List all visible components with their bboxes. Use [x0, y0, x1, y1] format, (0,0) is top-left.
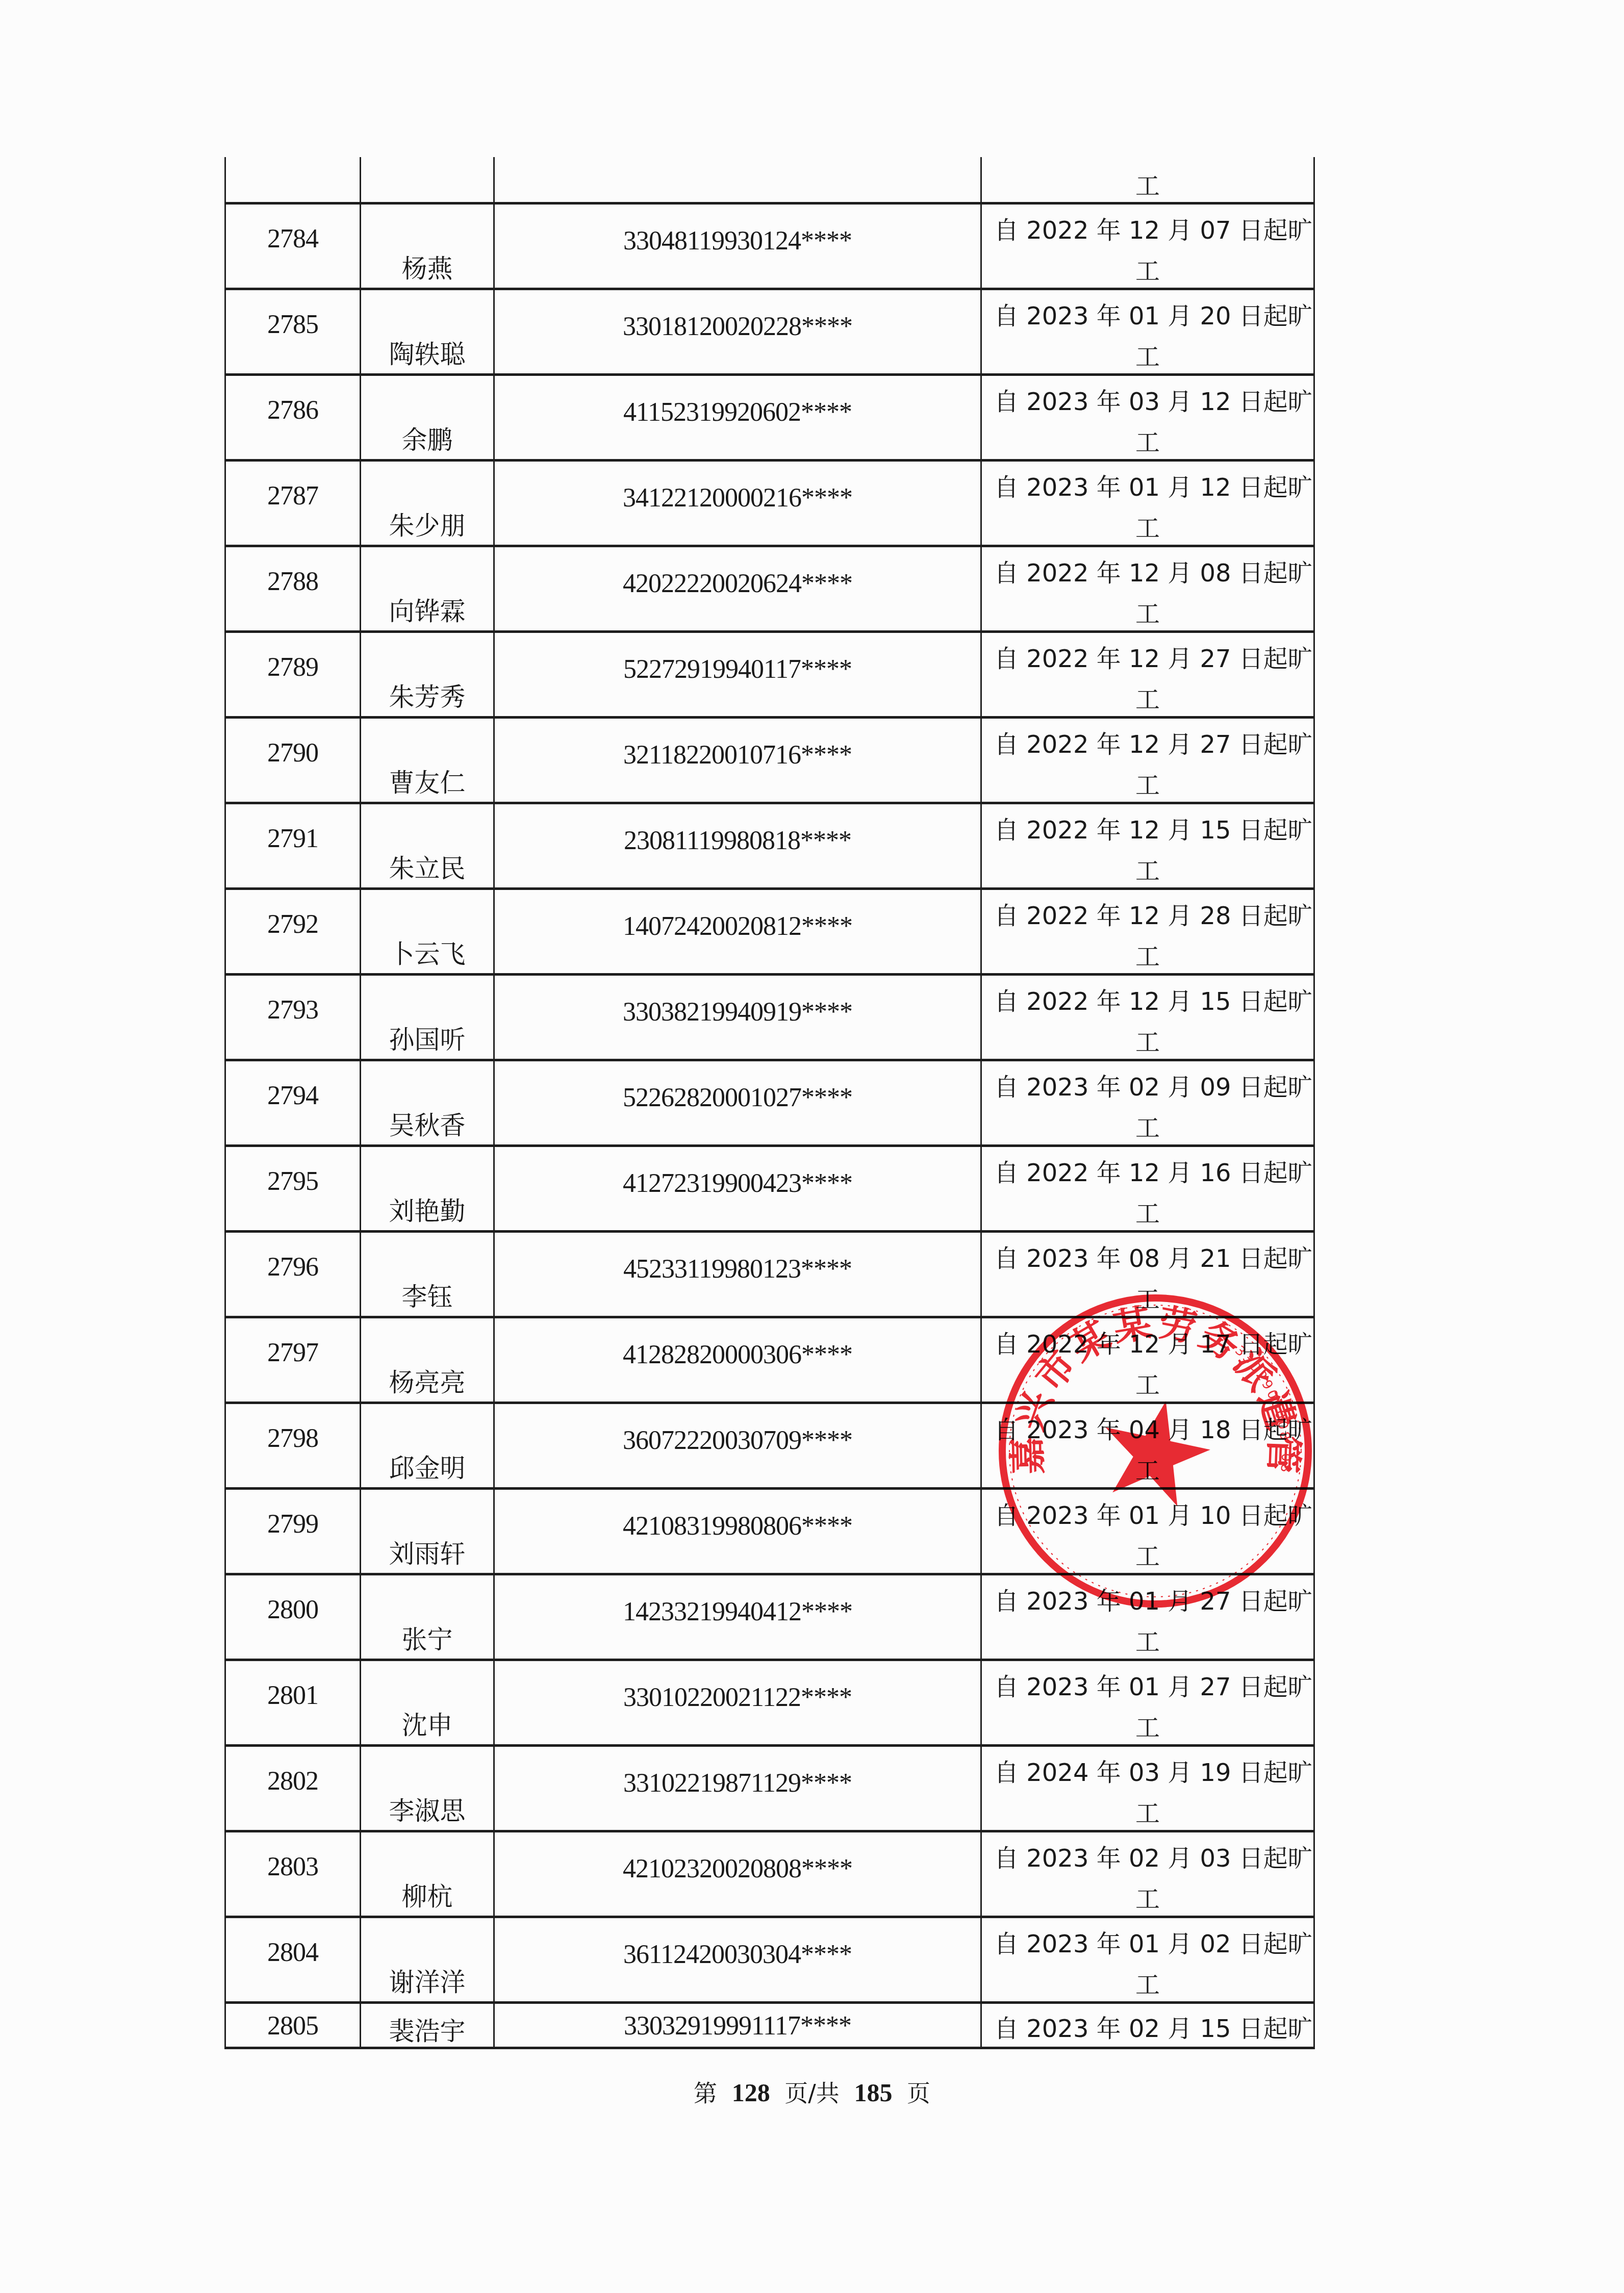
- cell-id: 41272319900423****: [494, 1146, 981, 1232]
- row-number: 2803: [226, 1852, 360, 1882]
- table-row: 2805裴浩宇33032919991117****自 2023 年 02 月 1…: [225, 2003, 1314, 2048]
- absence-date-continuation: 工: [982, 423, 1313, 458]
- absence-date-continuation: 工: [982, 337, 1313, 372]
- cell-id: 36112420030304****: [494, 1917, 981, 2003]
- absence-date-continuation: 工: [982, 1108, 1313, 1143]
- absence-start-date: 自 2023 年 02 月 09 日起旷: [994, 1067, 1313, 1103]
- cell-date: 自 2022 年 12 月 28 日起旷工: [981, 889, 1314, 975]
- absence-start-date: 自 2022 年 12 月 27 日起旷: [994, 725, 1313, 760]
- cell-name: 曹友仁: [361, 718, 494, 803]
- person-name: 朱芳秀: [361, 677, 493, 714]
- cell-name: 吴秋香: [361, 1060, 494, 1146]
- table-row: 2799刘雨轩42108319980806****自 2023 年 01 月 1…: [225, 1489, 1314, 1574]
- cell-id: 52272919940117****: [494, 632, 981, 718]
- person-name: 李钰: [361, 1277, 493, 1313]
- table-row: 2787朱少朋34122120000216****自 2023 年 01 月 1…: [225, 461, 1314, 546]
- cell-id: 32118220010716****: [494, 718, 981, 803]
- absence-date-continuation: 工: [982, 1794, 1313, 1829]
- cell-no: 2793: [225, 975, 361, 1060]
- cell-date: 自 2022 年 12 月 27 日起旷工: [981, 632, 1314, 718]
- cell-date: 自 2023 年 03 月 12 日起旷工: [981, 375, 1314, 461]
- absence-start-date: 自 2023 年 01 月 20 日起旷: [994, 296, 1313, 332]
- absence-date-continuation: 工: [982, 508, 1313, 544]
- table-row: 2803柳杭42102320020808****自 2023 年 02 月 03…: [225, 1831, 1314, 1917]
- row-number: 2792: [226, 909, 360, 939]
- cell-no: 2784: [225, 203, 361, 289]
- table-row: 2789朱芳秀52272919940117****自 2022 年 12 月 2…: [225, 632, 1314, 718]
- cell-name: 朱立民: [361, 803, 494, 889]
- cell-name: 卜云飞: [361, 889, 494, 975]
- table-row: 2785陶轶聪33018120020228****自 2023 年 01 月 2…: [225, 289, 1314, 375]
- roster-table: 工 2784杨燕33048119930124****自 2022 年 12 月 …: [224, 157, 1315, 2049]
- cell-name: 张宁: [361, 1574, 494, 1660]
- document-page: 工 2784杨燕33048119930124****自 2022 年 12 月 …: [0, 0, 1624, 2293]
- cell-no: 2788: [225, 546, 361, 632]
- cell-name: 柳杭: [361, 1831, 494, 1917]
- footer-middle: 页/共: [784, 2079, 840, 2107]
- absence-date-continuation: 工: [982, 1365, 1313, 1400]
- id-number: 45233119980123****: [495, 1254, 980, 1284]
- row-number: 2791: [226, 824, 360, 854]
- row-number: 2784: [226, 224, 360, 254]
- total-page-count: 185: [854, 2078, 892, 2107]
- cell-date: 自 2023 年 08 月 21 日起旷工: [981, 1232, 1314, 1317]
- row-number: 2798: [226, 1423, 360, 1454]
- absence-start-date: 自 2023 年 01 月 02 日起旷: [994, 1924, 1313, 1959]
- cell-date: 自 2023 年 02 月 15 日起旷: [981, 2003, 1314, 2048]
- cell-no: 2796: [225, 1232, 361, 1317]
- id-number: 33038219940919****: [495, 997, 980, 1027]
- cell-name: 朱芳秀: [361, 632, 494, 718]
- cell-name: 谢洋洋: [361, 1917, 494, 2003]
- cell-no: 2795: [225, 1146, 361, 1232]
- id-number: 52272919940117****: [495, 654, 980, 684]
- cell-name: 孙国听: [361, 975, 494, 1060]
- cell-name: 李淑思: [361, 1746, 494, 1831]
- cell-name: 刘雨轩: [361, 1489, 494, 1574]
- cell-no: 2797: [225, 1317, 361, 1403]
- absence-date-continuation: 工: [982, 1965, 1313, 2000]
- cell-date: 自 2023 年 02 月 09 日起旷工: [981, 1060, 1314, 1146]
- id-number: 36112420030304****: [495, 1940, 980, 1970]
- row-number: 2797: [226, 1338, 360, 1368]
- row-number: 2799: [226, 1509, 360, 1539]
- absence-start-date: 自 2023 年 04 月 18 日起旷: [994, 1410, 1313, 1445]
- absence-date-continuation: 工: [982, 1451, 1313, 1486]
- id-number: 33048119930124****: [495, 226, 980, 256]
- id-number: 33018120020228****: [495, 312, 980, 342]
- cell-no: 2787: [225, 461, 361, 546]
- absence-date-continuation: 工: [982, 251, 1313, 287]
- absence-date-continuation: 工: [982, 766, 1313, 801]
- cell-no: 2792: [225, 889, 361, 975]
- row-number: 2801: [226, 1680, 360, 1711]
- cell-date: 工: [981, 157, 1314, 203]
- cell-id: 33102219871129****: [494, 1746, 981, 1831]
- cell-id: 42108319980806****: [494, 1489, 981, 1574]
- table-row: 2791朱立民23081119980818****自 2022 年 12 月 1…: [225, 803, 1314, 889]
- cell-no: 2801: [225, 1660, 361, 1746]
- absence-date-continuation: 工: [982, 1537, 1313, 1572]
- table-row: 2794吴秋香52262820001027****自 2023 年 02 月 0…: [225, 1060, 1314, 1146]
- person-name: 邱金明: [361, 1448, 493, 1485]
- person-name: 杨燕: [361, 248, 493, 285]
- cell-date: 自 2023 年 01 月 10 日起旷工: [981, 1489, 1314, 1574]
- table-row: 2795刘艳勤41272319900423****自 2022 年 12 月 1…: [225, 1146, 1314, 1232]
- person-name: 谢洋洋: [361, 1962, 493, 1999]
- person-name: 柳杭: [361, 1876, 493, 1913]
- person-name: 陶轶聪: [361, 334, 493, 371]
- row-number: 2794: [226, 1081, 360, 1111]
- row-number: 2793: [226, 995, 360, 1025]
- table-row: 2801沈申33010220021122****自 2023 年 01 月 27…: [225, 1660, 1314, 1746]
- absence-date-continuation: 工: [982, 594, 1313, 629]
- cell-name: 李钰: [361, 1232, 494, 1317]
- cell-name: 邱金明: [361, 1403, 494, 1489]
- cell-id: 42102320020808****: [494, 1831, 981, 1917]
- person-name: 吴秋香: [361, 1105, 493, 1142]
- cell-no: 2799: [225, 1489, 361, 1574]
- table-row: 2804谢洋洋36112420030304****自 2023 年 01 月 0…: [225, 1917, 1314, 2003]
- row-number: 2786: [226, 395, 360, 425]
- absence-start-date: 自 2023 年 02 月 03 日起旷: [994, 1839, 1313, 1874]
- cell-date: 自 2024 年 03 月 19 日起旷工: [981, 1746, 1314, 1831]
- cell-name: 朱少朋: [361, 461, 494, 546]
- row-number: 2796: [226, 1252, 360, 1282]
- person-name: 裴浩宇: [361, 2011, 493, 2048]
- table-row: 2790曹友仁32118220010716****自 2022 年 12 月 2…: [225, 718, 1314, 803]
- roster-body: 工 2784杨燕33048119930124****自 2022 年 12 月 …: [225, 157, 1314, 2048]
- cell-no: 2803: [225, 1831, 361, 1917]
- person-name: 刘艳勤: [361, 1191, 493, 1228]
- id-number: 42022220020624****: [495, 569, 980, 599]
- table-row: 2786余鹏41152319920602****自 2023 年 03 月 12…: [225, 375, 1314, 461]
- cell-name: 沈申: [361, 1660, 494, 1746]
- id-number: 36072220030709****: [495, 1425, 980, 1456]
- footer-suffix: 页: [907, 2079, 930, 2107]
- cell-no: 2791: [225, 803, 361, 889]
- cell-no: 2804: [225, 1917, 361, 2003]
- absence-start-date: 自 2023 年 02 月 15 日起旷: [994, 2009, 1313, 2044]
- absence-start-date: 自 2023 年 01 月 10 日起旷: [994, 1496, 1313, 1531]
- table-row: 2797杨亮亮41282820000306****自 2022 年 12 月 1…: [225, 1317, 1314, 1403]
- id-number: 14072420020812****: [495, 911, 980, 941]
- id-number: 41152319920602****: [495, 397, 980, 427]
- cell-id: 41282820000306****: [494, 1317, 981, 1403]
- id-number: 32118220010716****: [495, 740, 980, 770]
- cell-no: 2805: [225, 2003, 361, 2048]
- absence-start-date: 自 2022 年 12 月 15 日起旷: [994, 810, 1313, 846]
- cell-name: 余鹏: [361, 375, 494, 461]
- cell-date: 自 2022 年 12 月 08 日起旷工: [981, 546, 1314, 632]
- cell-id: 52262820001027****: [494, 1060, 981, 1146]
- cell-date: 自 2022 年 12 月 17 日起旷工: [981, 1317, 1314, 1403]
- cell-id: 33048119930124****: [494, 203, 981, 289]
- cell-name: 陶轶聪: [361, 289, 494, 375]
- table-row: 2784杨燕33048119930124****自 2022 年 12 月 07…: [225, 203, 1314, 289]
- cell-date: 自 2023 年 01 月 02 日起旷工: [981, 1917, 1314, 2003]
- cell-no: 2802: [225, 1746, 361, 1831]
- cell-name: 杨燕: [361, 203, 494, 289]
- row-number: 2802: [226, 1766, 360, 1796]
- cell-id: 33032919991117****: [494, 2003, 981, 2048]
- cell-date: 自 2023 年 01 月 20 日起旷工: [981, 289, 1314, 375]
- cell-id: 23081119980818****: [494, 803, 981, 889]
- table-row: 2800张宁14233219940412****自 2023 年 01 月 27…: [225, 1574, 1314, 1660]
- cell-no: 2798: [225, 1403, 361, 1489]
- cell-name: 向铧霖: [361, 546, 494, 632]
- person-name: 沈申: [361, 1705, 493, 1742]
- absence-start-date: 自 2022 年 12 月 17 日起旷: [994, 1324, 1313, 1360]
- table-row: 2802李淑思33102219871129****自 2024 年 03 月 1…: [225, 1746, 1314, 1831]
- footer-prefix: 第: [694, 2079, 717, 2107]
- row-number: 2805: [226, 2011, 360, 2041]
- cell-name: 刘艳勤: [361, 1146, 494, 1232]
- table-row: 2796李钰45233119980123****自 2023 年 08 月 21…: [225, 1232, 1314, 1317]
- cell-date: 自 2022 年 12 月 07 日起旷工: [981, 203, 1314, 289]
- absence-date-continuation: 工: [982, 1879, 1313, 1915]
- absence-date-continuation: 工: [982, 680, 1313, 715]
- table-row: 2793孙国听33038219940919****自 2022 年 12 月 1…: [225, 975, 1314, 1060]
- table-row-continuation: 工: [225, 157, 1314, 203]
- person-name: 李淑思: [361, 1791, 493, 1827]
- person-name: 卜云飞: [361, 934, 493, 971]
- cell-no: 2789: [225, 632, 361, 718]
- cell-id: 41152319920602****: [494, 375, 981, 461]
- cell-no: 2786: [225, 375, 361, 461]
- cell-no: 2800: [225, 1574, 361, 1660]
- absence-date-continuation: 工: [982, 1708, 1313, 1743]
- id-number: 41282820000306****: [495, 1340, 980, 1370]
- absence-start-date: 自 2024 年 03 月 19 日起旷: [994, 1753, 1313, 1788]
- absence-date-continuation: 工: [982, 937, 1313, 972]
- cell-date: 自 2022 年 12 月 15 日起旷工: [981, 803, 1314, 889]
- cell-date: 自 2022 年 12 月 27 日起旷工: [981, 718, 1314, 803]
- absence-start-date: 自 2022 年 12 月 08 日起旷: [994, 553, 1313, 589]
- date-continuation: 工: [982, 166, 1313, 201]
- row-number: 2800: [226, 1595, 360, 1625]
- row-number: 2804: [226, 1938, 360, 1968]
- id-number: 52262820001027****: [495, 1083, 980, 1113]
- person-name: 余鹏: [361, 420, 493, 456]
- cell-no: 2785: [225, 289, 361, 375]
- cell-no: 2794: [225, 1060, 361, 1146]
- id-number: 14233219940412****: [495, 1597, 980, 1627]
- table-row: 2788向铧霖42022220020624****自 2022 年 12 月 0…: [225, 546, 1314, 632]
- absence-start-date: 自 2023 年 08 月 21 日起旷: [994, 1239, 1313, 1274]
- absence-start-date: 自 2022 年 12 月 27 日起旷: [994, 639, 1313, 674]
- person-name: 孙国听: [361, 1020, 493, 1056]
- absence-start-date: 自 2022 年 12 月 15 日起旷: [994, 982, 1313, 1017]
- cell-name: 裴浩宇: [361, 2003, 494, 2048]
- absence-start-date: 自 2023 年 01 月 27 日起旷: [994, 1667, 1313, 1702]
- id-number: 33102219871129****: [495, 1768, 980, 1798]
- person-name: 朱少朋: [361, 505, 493, 542]
- absence-start-date: 自 2023 年 01 月 27 日起旷: [994, 1582, 1313, 1617]
- absence-start-date: 自 2022 年 12 月 28 日起旷: [994, 896, 1313, 931]
- table-row: 2798邱金明36072220030709****自 2023 年 04 月 1…: [225, 1403, 1314, 1489]
- cell-id: [494, 157, 981, 203]
- absence-date-continuation: 工: [982, 851, 1313, 886]
- cell-date: 自 2023 年 01 月 27 日起旷工: [981, 1660, 1314, 1746]
- id-number: 42108319980806****: [495, 1511, 980, 1541]
- cell-id: 14233219940412****: [494, 1574, 981, 1660]
- cell-id: 14072420020812****: [494, 889, 981, 975]
- row-number: 2788: [226, 567, 360, 597]
- table-row: 2792卜云飞14072420020812****自 2022 年 12 月 2…: [225, 889, 1314, 975]
- id-number: 23081119980818****: [495, 826, 980, 856]
- row-number: 2787: [226, 481, 360, 511]
- cell-date: 自 2023 年 01 月 12 日起旷工: [981, 461, 1314, 546]
- absence-start-date: 自 2022 年 12 月 07 日起旷: [994, 211, 1313, 246]
- id-number: 34122120000216****: [495, 483, 980, 513]
- cell-date: 自 2023 年 01 月 27 日起旷工: [981, 1574, 1314, 1660]
- row-number: 2795: [226, 1166, 360, 1196]
- cell-id: 33038219940919****: [494, 975, 981, 1060]
- absence-date-continuation: 工: [982, 1280, 1313, 1315]
- person-name: 张宁: [361, 1619, 493, 1656]
- cell-no: 2790: [225, 718, 361, 803]
- cell-id: 34122120000216****: [494, 461, 981, 546]
- row-number: 2790: [226, 738, 360, 768]
- current-page-number: 128: [732, 2078, 770, 2107]
- absence-date-continuation: 工: [982, 1194, 1313, 1229]
- id-number: 33010220021122****: [495, 1683, 980, 1713]
- cell-date: 自 2023 年 02 月 03 日起旷工: [981, 1831, 1314, 1917]
- person-name: 朱立民: [361, 848, 493, 885]
- cell-date: 自 2022 年 12 月 16 日起旷工: [981, 1146, 1314, 1232]
- cell-id: 33018120020228****: [494, 289, 981, 375]
- absence-start-date: 自 2022 年 12 月 16 日起旷: [994, 1153, 1313, 1188]
- cell-name: 杨亮亮: [361, 1317, 494, 1403]
- cell-date: 自 2022 年 12 月 15 日起旷工: [981, 975, 1314, 1060]
- person-name: 杨亮亮: [361, 1362, 493, 1399]
- page-footer: 第 128 页/共 185 页: [0, 2075, 1624, 2108]
- cell-name: [361, 157, 494, 203]
- id-number: 33032919991117****: [495, 2011, 980, 2041]
- cell-no: [225, 157, 361, 203]
- cell-id: 45233119980123****: [494, 1232, 981, 1317]
- cell-id: 33010220021122****: [494, 1660, 981, 1746]
- row-number: 2789: [226, 652, 360, 682]
- cell-id: 36072220030709****: [494, 1403, 981, 1489]
- person-name: 向铧霖: [361, 591, 493, 628]
- id-number: 41272319900423****: [495, 1168, 980, 1199]
- id-number: 42102320020808****: [495, 1854, 980, 1884]
- row-number: 2785: [226, 310, 360, 340]
- absence-start-date: 自 2023 年 01 月 12 日起旷: [994, 468, 1313, 503]
- person-name: 刘雨轩: [361, 1534, 493, 1570]
- person-name: 曹友仁: [361, 762, 493, 799]
- absence-date-continuation: 工: [982, 1023, 1313, 1058]
- cell-date: 自 2023 年 04 月 18 日起旷工: [981, 1403, 1314, 1489]
- cell-id: 42022220020624****: [494, 546, 981, 632]
- absence-date-continuation: 工: [982, 1622, 1313, 1658]
- absence-start-date: 自 2023 年 03 月 12 日起旷: [994, 382, 1313, 417]
